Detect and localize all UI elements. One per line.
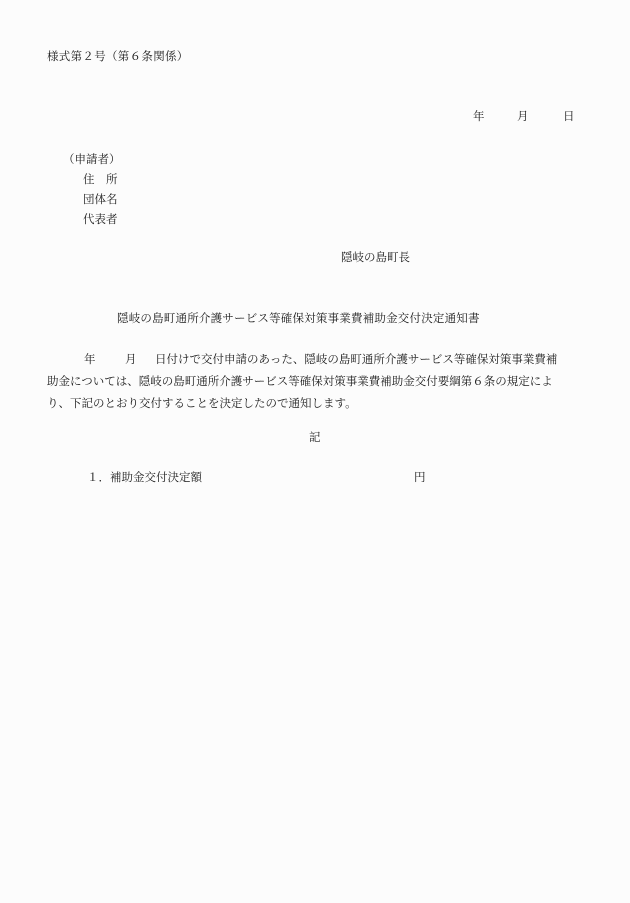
item-grant-amount-label: １．補助金交付決定額 <box>87 469 414 485</box>
body-year-label: 年 <box>84 348 125 370</box>
item-grant-amount-unit: 円 <box>414 470 426 484</box>
applicant-address-label: 住 所 <box>63 169 121 189</box>
issuer-name: 隠岐の島町長 <box>341 249 410 265</box>
body-paragraph: 年月日付けで交付申請のあった、隠岐の島町通所介護サービス等確保対策事業費補 助金… <box>47 348 587 414</box>
date-year-label: 年 <box>473 108 517 124</box>
applicant-representative-label: 代表者 <box>63 209 121 229</box>
applicant-block: （申請者） 住 所 団体名 代表者 <box>63 149 121 229</box>
ki-heading: 記 <box>309 429 321 445</box>
date-day-label: 日 <box>563 108 575 124</box>
date-line: 年月日 <box>473 108 575 124</box>
applicant-organization-label: 団体名 <box>63 189 121 209</box>
body-line-3: り、下記のとおり交付することを決定したので通知します。 <box>47 392 587 414</box>
body-line-2: 助金については、隠岐の島町通所介護サービス等確保対策事業費補助金交付要綱第６条の… <box>47 370 587 392</box>
body-line-1-text: 日付けで交付申請のあった、隠岐の島町通所介護サービス等確保対策事業費補 <box>155 352 557 366</box>
date-month-label: 月 <box>517 108 563 124</box>
form-number: 様式第２号（第６条関係） <box>47 48 189 64</box>
item-grant-amount: １．補助金交付決定額円 <box>87 469 426 485</box>
body-line-1: 年月日付けで交付申請のあった、隠岐の島町通所介護サービス等確保対策事業費補 <box>47 348 587 370</box>
document-title: 隠岐の島町通所介護サービス等確保対策事業費補助金交付決定通知書 <box>117 310 480 326</box>
applicant-heading: （申請者） <box>63 149 121 169</box>
body-month-label: 月 <box>125 348 155 370</box>
